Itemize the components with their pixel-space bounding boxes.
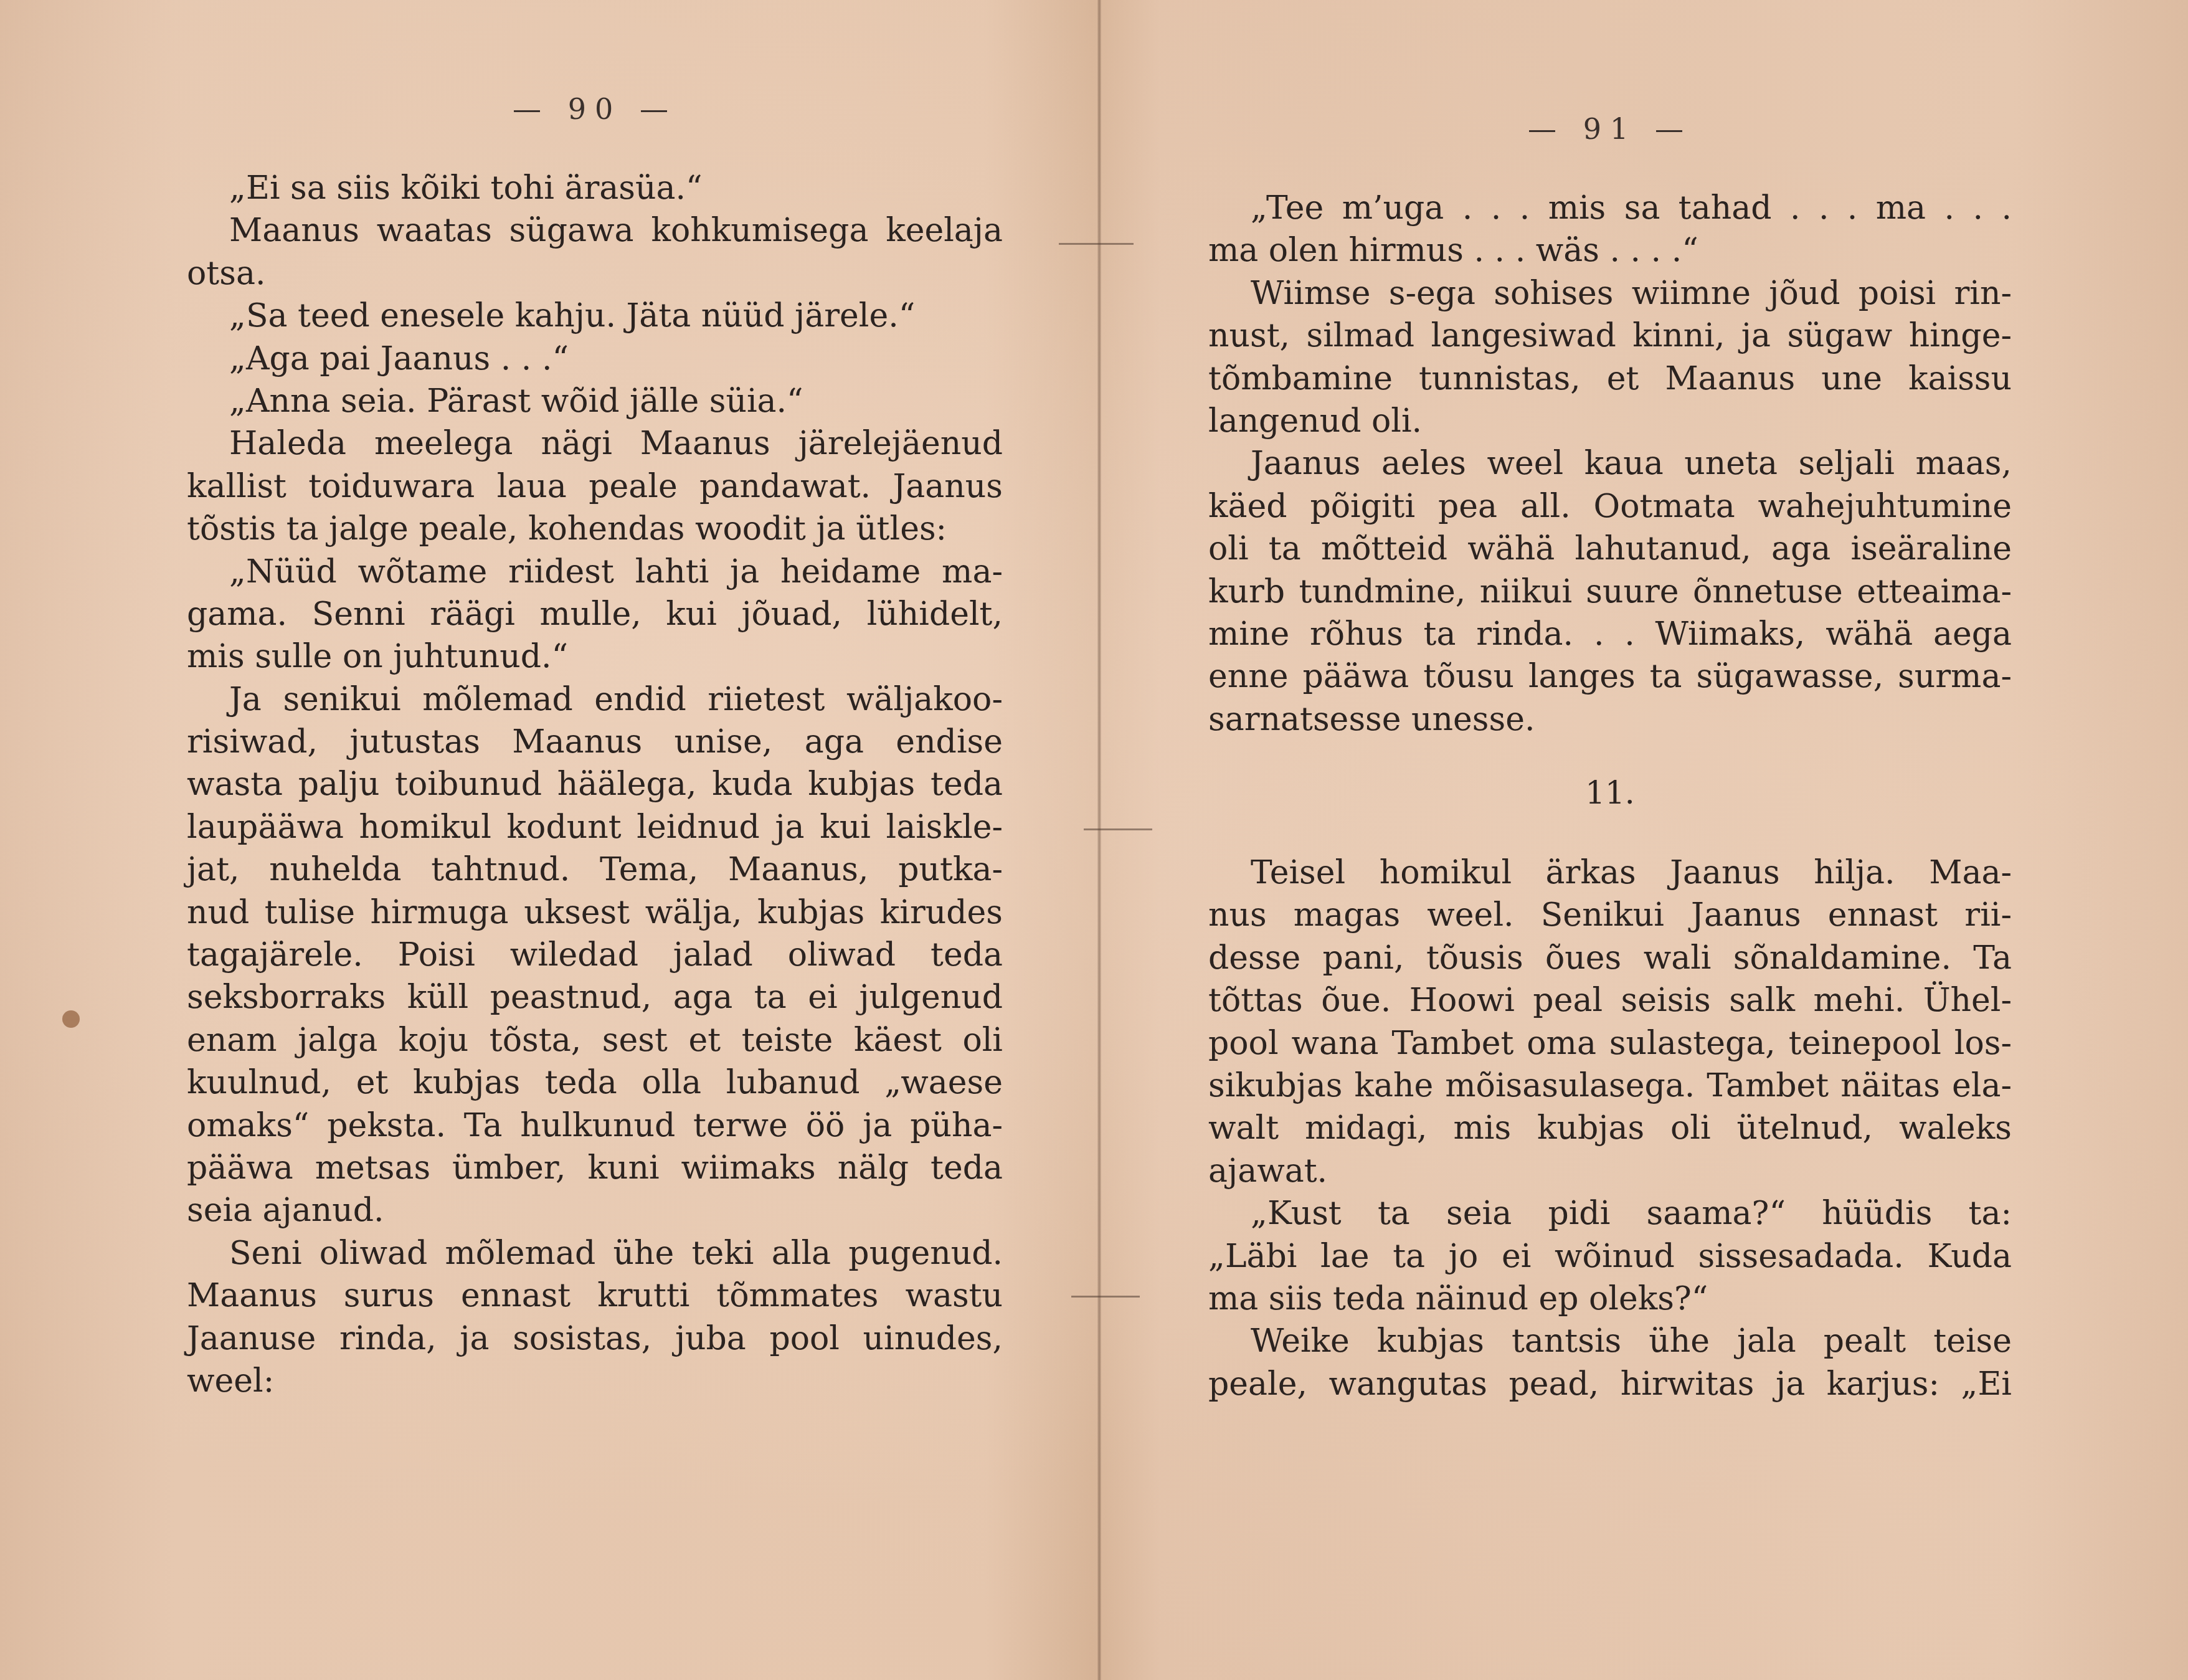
text-line: mis sulle on juhtunud.“ — [187, 635, 1003, 678]
text-line: Seni oliwad mõlemad ühe teki alla pugenu… — [187, 1232, 1003, 1274]
text-line: omaks“ peksta. Ta hulkunud terwe öö ja p… — [187, 1104, 1003, 1147]
text-line: tõttas õue. Hoowi peal seisis salk mehi.… — [1208, 979, 2012, 1022]
text-line: otsa. — [187, 252, 1003, 295]
text-line: walt midagi, mis kubjas oli ütelnud, wal… — [1208, 1107, 2012, 1149]
text-line: mine rõhus ta rinda. . . Wiimaks, wähä a… — [1208, 613, 2012, 655]
text-before-chapter: „Tee m’uga . . . mis sa tahad . . . ma .… — [1208, 187, 2012, 741]
right-page: — 91 — „Tee m’uga . . . mis sa tahad . .… — [1208, 0, 2012, 1680]
binding-thread — [1084, 828, 1152, 830]
text-line: Ja senikui mõlemad endid riietest wäljak… — [187, 678, 1003, 721]
book-spread: — 90 — „Ei sa siis kõiki tohi ärasüa.“Ma… — [0, 0, 2188, 1680]
binding-thread — [1059, 243, 1134, 245]
text-line: laupääwa homikul kodunt leidnud ja kui l… — [187, 806, 1003, 848]
text-line: weel: — [187, 1360, 1003, 1402]
text-line: tõstis ta jalge peale, kohendas woodit j… — [187, 508, 1003, 550]
text-line: oli ta mõtteid wähä lahutanud, aga iseär… — [1208, 528, 2012, 570]
stain-spot — [62, 1010, 80, 1028]
text-line: kuulnud, et kubjas teda olla lubanud „wa… — [187, 1061, 1003, 1104]
book-gutter — [1097, 0, 1101, 1680]
text-line: desse pani, tõusis õues wali sõnaldamine… — [1208, 937, 2012, 979]
text-line: sarnatsesse unesse. — [1208, 698, 2012, 741]
text-line: tõmbamine tunnistas, et Maanus une kaiss… — [1208, 358, 2012, 400]
text-line: „Tee m’uga . . . mis sa tahad . . . ma .… — [1208, 187, 2012, 229]
left-page: — 90 — „Ei sa siis kõiki tohi ärasüa.“Ma… — [187, 0, 1003, 1680]
text-line: risiwad, jutustas Maanus unise, aga endi… — [187, 721, 1003, 763]
left-page-text: „Ei sa siis kõiki tohi ärasüa.“Maanus wa… — [187, 167, 1003, 1402]
text-line: jat, nuhelda tahtnud. Tema, Maanus, putk… — [187, 848, 1003, 891]
text-line: Wiimse s-ega sohises wiimne jõud poisi r… — [1208, 272, 2012, 315]
text-line: Teisel homikul ärkas Jaanus hilja. Maa- — [1208, 852, 2012, 894]
text-line: Haleda meelega nägi Maanus järelejäenud — [187, 422, 1003, 465]
text-line: ma olen hirmus . . . wäs . . . .“ — [1208, 229, 2012, 272]
binding-thread — [1071, 1296, 1140, 1298]
text-line: enne pääwa tõusu langes ta sügawasse, su… — [1208, 655, 2012, 698]
text-line: pääwa metsas ümber, kuni wiimaks nälg te… — [187, 1147, 1003, 1189]
text-line: seksborraks küll peastnud, aga ta ei jul… — [187, 976, 1003, 1018]
page-number: — 90 — — [187, 92, 1003, 126]
text-line: „Läbi lae ta jo ei wõinud sissesadada. K… — [1208, 1235, 2012, 1278]
text-line: Maanus waatas sügawa kohkumisega keelaja — [187, 209, 1003, 252]
text-line: sikubjas kahe mõisasulasega. Tambet näit… — [1208, 1065, 2012, 1107]
text-line: nud tulise hirmuga uksest wälja, kubjas … — [187, 891, 1003, 934]
text-line: seia ajanud. — [187, 1189, 1003, 1232]
text-line: Maanus surus ennast krutti tõmmates wast… — [187, 1274, 1003, 1317]
text-line: Jaanus aeles weel kaua uneta seljali maa… — [1208, 442, 2012, 485]
text-line: nus magas weel. Senikui Jaanus ennast ri… — [1208, 894, 2012, 936]
text-line: nust, silmad langesiwad kinni, ja sügaw … — [1208, 315, 2012, 357]
text-line: ma siis teda näinud ep oleks?“ — [1208, 1278, 2012, 1320]
text-line: „Sa teed enesele kahju. Jäta nüüd järele… — [187, 295, 1003, 337]
chapter-heading: 11. — [1208, 772, 2012, 814]
page-number: — 91 — — [1208, 112, 2012, 146]
text-line: „Ei sa siis kõiki tohi ärasüa.“ — [187, 167, 1003, 209]
text-line: „Aga pai Jaanus . . .“ — [187, 338, 1003, 380]
text-line: ajawat. — [1208, 1150, 2012, 1192]
text-line: kurb tundmine, niikui suure õnnetuse ett… — [1208, 571, 2012, 613]
text-line: kallist toiduwara laua peale pandawat. J… — [187, 465, 1003, 508]
text-line: käed põigiti pea all. Ootmata wahejuhtum… — [1208, 485, 2012, 528]
text-line: pool wana Tambet oma sulastega, teinepoo… — [1208, 1022, 2012, 1065]
text-line: peale, wangutas pead, hirwitas ja karjus… — [1208, 1363, 2012, 1405]
text-line: Weike kubjas tantsis ühe jala pealt teis… — [1208, 1320, 2012, 1362]
text-line: „Anna seia. Pärast wõid jälle süia.“ — [187, 380, 1003, 422]
text-line: enam jalga koju tõsta, sest et teiste kä… — [187, 1019, 1003, 1061]
text-line: Jaanuse rinda, ja sosistas, juba pool ui… — [187, 1317, 1003, 1360]
text-line: gama. Senni räägi mulle, kui jõuad, lühi… — [187, 593, 1003, 635]
text-line: „Nüüd wõtame riidest lahti ja heidame ma… — [187, 551, 1003, 593]
text-line: langenud oli. — [1208, 400, 2012, 442]
text-after-chapter: Teisel homikul ärkas Jaanus hilja. Maa-n… — [1208, 852, 2012, 1405]
text-line: tagajärele. Poisi wiledad jalad oliwad t… — [187, 934, 1003, 976]
text-line: wasta palju toibunud häälega, kuda kubja… — [187, 763, 1003, 805]
text-line: „Kust ta seia pidi saama?“ hüüdis ta: — [1208, 1192, 2012, 1235]
right-page-text: „Tee m’uga . . . mis sa tahad . . . ma .… — [1208, 187, 2012, 1405]
